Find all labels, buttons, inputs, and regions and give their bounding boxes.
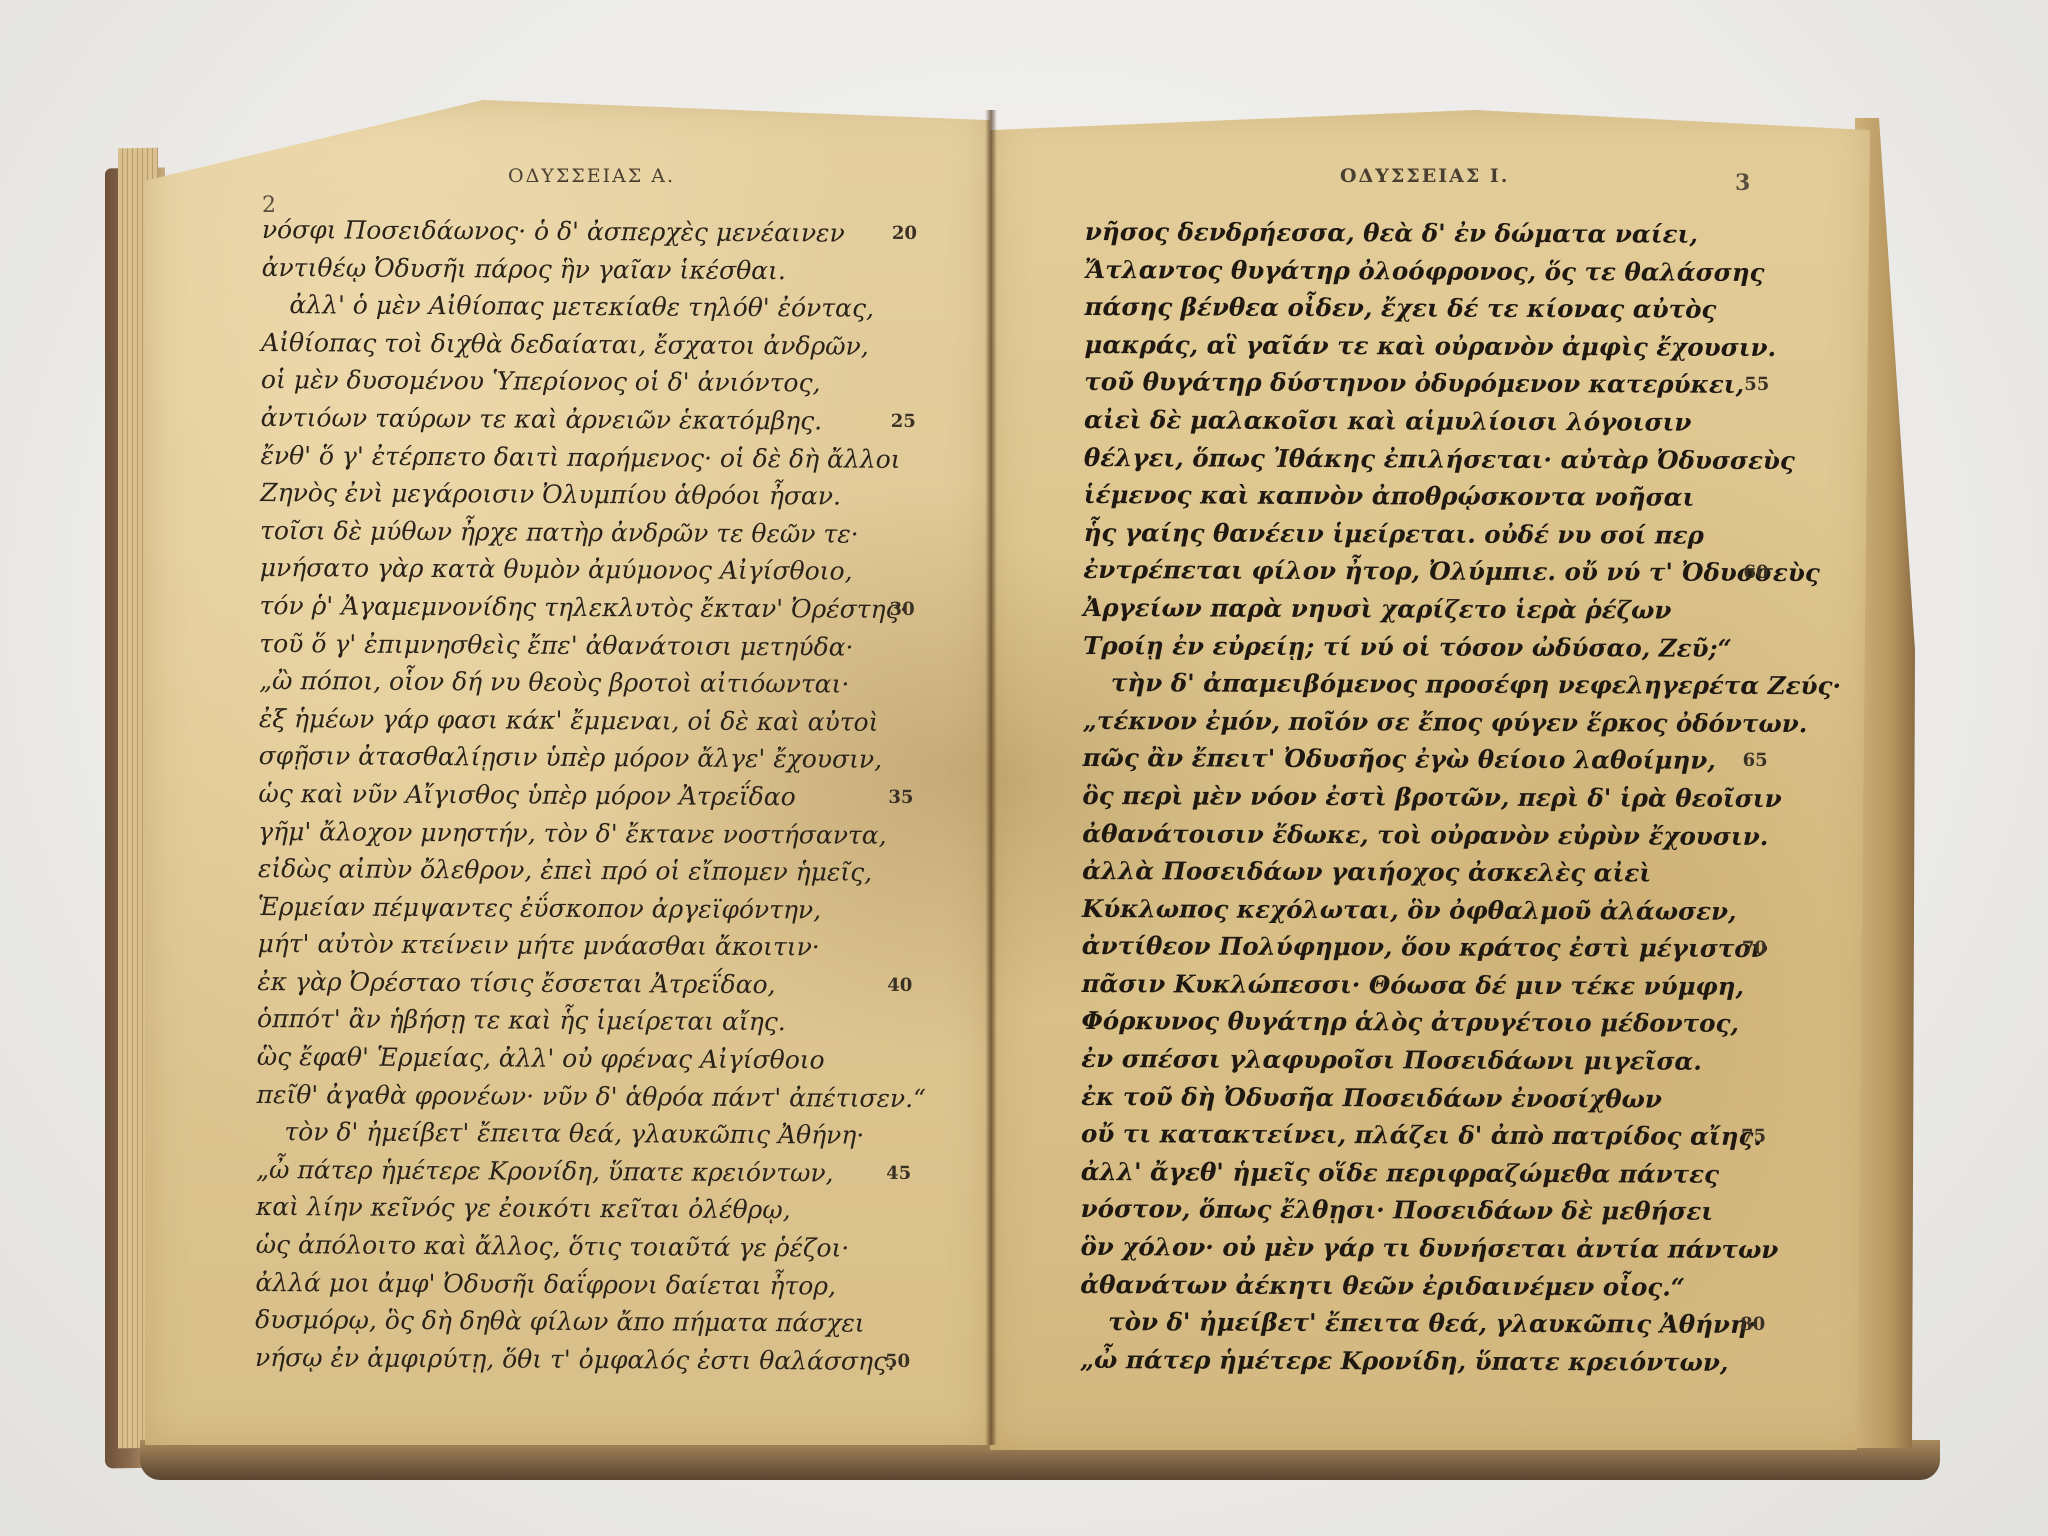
verse-line: ἔνθ' ὅ γ' ἐτέρπετο δαιτὶ παρήμενος· οἱ δ… (260, 437, 930, 479)
line-number: 30 (889, 591, 914, 629)
verse-line: ἀθανάτων ἀέκητι θεῶν ἐριδαινέμεν οἶος.“ (1080, 1266, 1838, 1307)
verse-line: τόν ῥ' Ἀγαμεμνονίδης τηλεκλυτὸς ἔκταν' Ὀ… (259, 587, 929, 629)
verse-text: ὣς ἔφαθ' Ἑρμείας, ἀλλ' οὐ φρένας Αἰγίσθο… (257, 1042, 825, 1074)
verse-line: ὡς ἀπόλοιτο καὶ ἄλλος, ὅτις τοιαῦτά γε ῥ… (256, 1226, 926, 1268)
verse-line: τοῖσι δὲ μύθων ἦρχε πατὴρ ἀνδρῶν τε θεῶν… (260, 512, 930, 554)
verse-text: τὸν δ' ἠμείβετ' ἔπειτα θεά, γλαυκῶπις Ἀθ… (1080, 1307, 1756, 1339)
verse-line: ἱέμενος καὶ καπνὸν ἀποθρῴσκοντα νοῆσαι (1084, 476, 1842, 517)
verse-line: αἰεὶ δὲ μαλακοῖσι καὶ αἱμυλίοισι λόγοισι… (1084, 401, 1842, 442)
verse-line: νόσφι Ποσειδάωνος· ὁ δ' ἀσπερχὲς μενέαιν… (262, 211, 932, 253)
verse-text: γῆμ' ἄλοχον μνηστήν, τὸν δ' ἔκτανε νοστή… (258, 816, 887, 849)
verse-line: ὃν χόλον· οὐ μὲν γάρ τι δυνήσεται ἀντία … (1080, 1228, 1838, 1269)
left-page-text: νόσφι Ποσειδάωνος· ὁ δ' ἀσπερχὲς μενέαιν… (255, 211, 931, 1380)
verse-line: μήτ' αὐτὸν κτείνειν μήτε μνάασθαι ἄκοιτι… (257, 925, 927, 967)
verse-line: Ἀργείων παρὰ νηυσὶ χαρίζετο ἱερὰ ῥέζων (1083, 589, 1841, 630)
verse-text: ἀλλ' ὁ μὲν Αἰθίοπας μετεκίαθε τηλόθ' ἐόν… (261, 290, 874, 323)
verse-line: Ἑρμείαν πέμψαντες ἐΰσκοπον ἀργεϊφόντην, (258, 888, 928, 930)
verse-text: ἀντιθέῳ Ὀδυσῆι πάρος ἣν γαῖαν ἱκέσθαι. (262, 253, 786, 285)
verse-text: ὡς καὶ νῦν Αἴγισθος ὑπὲρ μόρον Ἀτρεΐδαο (258, 779, 795, 811)
verse-line: „ὦ πάτερ ἡμέτερε Κρονίδη, ὕπατε κρειόντω… (256, 1151, 926, 1193)
verse-text: Ζηνὸς ἐνὶ μεγάροισιν Ὀλυμπίου ἁθρόοι ἦσα… (260, 478, 841, 511)
verse-text: νόσφι Ποσειδάωνος· ὁ δ' ἀσπερχὲς μενέαιν… (262, 215, 845, 248)
verse-text: δυσμόρῳ, ὃς δὴ δηθὰ φίλων ἄπο πήματα πάσ… (255, 1305, 865, 1338)
verse-line: Αἰθίοπας τοὶ διχθὰ δεδαίαται, ἔσχατοι ἀν… (261, 324, 931, 366)
verse-line: πᾶσιν Κυκλώπεσσι· Θόωσα δέ μιν τέκε νύμφ… (1082, 965, 1840, 1006)
verse-text: πάσης βένθεα οἶδεν, ἔχει δέ τε κίονας αὐ… (1085, 292, 1717, 324)
line-number: 45 (886, 1155, 911, 1193)
verse-line: ὣς ἔφαθ' Ἑρμείας, ἀλλ' οὐ φρένας Αἰγίσθο… (257, 1038, 927, 1080)
verse-line: ἀντίθεον Πολύφημον, ὅου κράτος ἐστὶ μέγι… (1082, 927, 1840, 968)
verse-line: πῶς ἂν ἔπειτ' Ὀδυσῆος ἐγὼ θείοιο λαθοίμη… (1083, 739, 1841, 780)
line-number: 60 (1743, 554, 1768, 592)
open-book: ΟΔΥΣΣΕΙΑΣ Α. 2 ΟΔΥΣΣΕΙΑΣ Ι. 3 νόσφι Ποσε… (0, 0, 2048, 1536)
verse-line: Τροίῃ ἐν εὐρείῃ; τί νύ οἱ τόσον ὠδύσαο, … (1083, 627, 1841, 668)
verse-text: ὡς ἀπόλοιτο καὶ ἄλλος, ὅτις τοιαῦτά γε ῥ… (256, 1230, 850, 1263)
verse-text: ἐντρέπεται φίλον ἦτορ, Ὀλύμπιε. οὔ νύ τ'… (1083, 555, 1819, 587)
verse-text: ἀθανάτοισιν ἔδωκε, τοὶ οὐρανὸν εὐρὺν ἔχο… (1082, 818, 1768, 850)
verse-line: ἐκ τοῦ δὴ Ὀδυσῆα Ποσειδάων ἐνοσίχθων (1081, 1078, 1839, 1119)
verse-text: Τροίῃ ἐν εὐρείῃ; τί νύ οἱ τόσον ὠδύσαο, … (1083, 631, 1732, 663)
verse-text: αἰεὶ δὲ μαλακοῖσι καὶ αἱμυλίοισι λόγοισι… (1084, 405, 1691, 437)
verse-text: ἀλλά μοι ἀμφ' Ὀδυσῆι δαΐφρονι δαίεται ἦτ… (255, 1268, 836, 1301)
verse-text: ἐκ τοῦ δὴ Ὀδυσῆα Ποσειδάων ἐνοσίχθων (1081, 1082, 1662, 1114)
line-number: 70 (1742, 930, 1767, 968)
verse-text: ἐν σπέσσι γλαφυροῖσι Ποσειδάωνι μιγεῖσα. (1081, 1044, 1702, 1076)
verse-text: ὁππότ' ἂν ἡβήσῃ τε καὶ ἧς ἱμείρεται αἴης… (257, 1004, 786, 1036)
verse-line: Ἄτλαντος θυγάτηρ ὀλοόφρονος, ὅς τε θαλάσ… (1085, 251, 1843, 292)
line-number: 35 (888, 779, 913, 817)
verse-text: νόστον, ὅπως ἔλθῃσι· Ποσειδάων δὲ μεθήσε… (1081, 1194, 1714, 1226)
verse-line: ἐν σπέσσι γλαφυροῖσι Ποσειδάωνι μιγεῖσα. (1081, 1040, 1839, 1081)
verse-line: ἧς γαίης θανέειν ἱμείρεται. οὐδέ νυ σοί … (1084, 514, 1842, 555)
line-number: 25 (891, 403, 916, 441)
verse-text: Ἀργείων παρὰ νηυσὶ χαρίζετο ἱερὰ ῥέζων (1083, 593, 1671, 625)
verse-text: πῶς ἂν ἔπειτ' Ὀδυσῆος ἐγὼ θείοιο λαθοίμη… (1083, 743, 1716, 775)
verse-text: Ἑρμείαν πέμψαντες ἐΰσκοπον ἀργεϊφόντην, (258, 892, 822, 924)
verse-text: Αἰθίοπας τοὶ διχθὰ δεδαίαται, ἔσχατοι ἀν… (261, 328, 869, 361)
verse-text: ἐξ ἡμέων γάρ φασι κάκ' ἔμμεναι, οἱ δὲ κα… (259, 704, 879, 737)
line-number: 65 (1743, 742, 1768, 780)
verse-line: νήσῳ ἐν ἀμφιρύτῃ, ὅθι τ' ὀμφαλός ἐστι θα… (255, 1339, 925, 1381)
line-number: 75 (1741, 1118, 1766, 1156)
verse-line: Φόρκυνος θυγάτηρ ἁλὸς ἀτρυγέτοιο μέδοντο… (1081, 1002, 1839, 1043)
verse-line: ἀλλὰ Ποσειδάων γαιήοχος ἀσκελὲς αἰεὶ (1082, 852, 1840, 893)
verse-line: Κύκλωπος κεχόλωται, ὃν ὀφθαλμοῦ ἀλάωσεν, (1082, 890, 1840, 931)
verse-line: ἀντιόων ταύρων τε καὶ ἀρνειῶν ἑκατόμβης.… (261, 399, 931, 441)
verse-line: θέλγει, ὅπως Ἰθάκης ἐπιλήσεται· αὐτὰρ Ὀδ… (1084, 439, 1842, 480)
verse-text: „ὦ πάτερ ἡμέτερε Κρονίδη, ὕπατε κρειόντω… (1080, 1345, 1729, 1377)
line-number: 20 (892, 215, 917, 253)
verse-line: Ζηνὸς ἐνὶ μεγάροισιν Ὀλυμπίου ἁθρόοι ἦσα… (260, 474, 930, 516)
line-number: 80 (1740, 1306, 1765, 1344)
verse-text: ἀθανάτων ἀέκητι θεῶν ἐριδαινέμεν οἶος.“ (1080, 1270, 1685, 1302)
verse-line: καὶ λίην κεῖνός γε ἐοικότι κεῖται ὀλέθρῳ… (256, 1188, 926, 1230)
verse-line: „ὦ πάτερ ἡμέτερε Κρονίδη, ὕπατε κρειόντω… (1080, 1341, 1838, 1382)
verse-line: νῆσος δενδρήεσσα, θεὰ δ' ἐν δώματα ναίει… (1085, 213, 1843, 254)
verse-text: σφῇσιν ἀτασθαλίῃσιν ὑπὲρ μόρον ἄλγε' ἔχο… (259, 741, 883, 774)
verse-line: ὡς καὶ νῦν Αἴγισθος ὑπὲρ μόρον Ἀτρεΐδαο3… (258, 775, 928, 817)
verse-text: οὔ τι κατακτείνει, πλάζει δ' ἀπὸ πατρίδο… (1081, 1119, 1762, 1151)
line-number: 55 (1744, 366, 1769, 404)
verse-text: μήτ' αὐτὸν κτείνειν μήτε μνάασθαι ἄκοιτι… (257, 929, 819, 961)
verse-text: „ὦ πάτερ ἡμέτερε Κρονίδη, ὕπατε κρειόντω… (256, 1155, 834, 1188)
verse-text: ἀντιόων ταύρων τε καὶ ἀρνειῶν ἑκατόμβης. (261, 403, 823, 435)
verse-text: εἰδὼς αἰπὺν ὄλεθρον, ἐπεὶ πρό οἱ εἴπομεν… (258, 854, 872, 887)
verse-text: μνήσατο γὰρ κατὰ θυμὸν ἀμύμονος Αἰγίσθοι… (260, 553, 853, 586)
verse-text: „τέκνον ἐμόν, ποῖόν σε ἔπος φύγεν ἕρκος … (1083, 706, 1808, 738)
verse-line: σφῇσιν ἀτασθαλίῃσιν ὑπὲρ μόρον ἄλγε' ἔχο… (259, 737, 929, 779)
verse-text: τοῖσι δὲ μύθων ἦρχε πατὴρ ἀνδρῶν τε θεῶν… (260, 516, 859, 549)
verse-text: πεῖθ' ἀγαθὰ φρονέων· νῦν δ' ἁθρόα πάντ' … (257, 1080, 926, 1113)
verse-text: τοῦ θυγάτηρ δύστηνον ὀδυρόμενον κατερύκε… (1084, 367, 1744, 399)
verse-text: ἔνθ' ὅ γ' ἐτέρπετο δαιτὶ παρήμενος· οἱ δ… (260, 441, 900, 474)
verse-text: ἱέμενος καὶ καπνὸν ἀποθρῴσκοντα νοῆσαι (1084, 480, 1695, 512)
verse-line: ὁππότ' ἂν ἡβήσῃ τε καὶ ἧς ἱμείρεται αἴης… (257, 1000, 927, 1042)
verse-text: Ἄτλαντος θυγάτηρ ὀλοόφρονος, ὅς τε θαλάσ… (1085, 255, 1765, 287)
verse-line: οἱ μὲν δυσομένου Ὑπερίονος οἱ δ' ἀνιόντο… (261, 361, 931, 403)
verse-text: τὸν δ' ἠμείβετ' ἔπειτα θεά, γλαυκῶπις Ἀθ… (256, 1117, 864, 1150)
verse-line: „ὢ πόποι, οἷον δή νυ θεοὺς βροτοὶ αἰτιόω… (259, 662, 929, 704)
verse-text: οἱ μὲν δυσομένου Ὑπερίονος οἱ δ' ἀνιόντο… (261, 365, 821, 397)
line-number: 50 (885, 1343, 910, 1381)
verse-line: „τέκνον ἐμόν, ποῖόν σε ἔπος φύγεν ἕρκος … (1083, 702, 1841, 743)
verse-line: ἀλλ' ἄγεθ' ἡμεῖς οἵδε περιφραζώμεθα πάντ… (1081, 1153, 1839, 1194)
right-page-number: 3 (1735, 170, 1750, 196)
verse-text: τοῦ ὅ γ' ἐπιμνησθεὶς ἔπε' ἀθανάτοισι μετ… (259, 629, 853, 662)
verse-text: ὃς περὶ μὲν νόον ἐστὶ βροτῶν, περὶ δ' ἱρ… (1082, 781, 1781, 813)
verse-line: πάσης βένθεα οἶδεν, ἔχει δέ τε κίονας αὐ… (1085, 288, 1843, 329)
verse-line: εἰδὼς αἰπὺν ὄλεθρον, ἐπεὶ πρό οἱ εἴπομεν… (258, 850, 928, 892)
verse-line: τὸν δ' ἠμείβετ' ἔπειτα θεά, γλαυκῶπις Ἀθ… (1080, 1303, 1838, 1344)
left-running-head: ΟΔΥΣΣΕΙΑΣ Α. (508, 165, 675, 187)
verse-line: μνήσατο γὰρ κατὰ θυμὸν ἀμύμονος Αἰγίσθοι… (260, 549, 930, 591)
verse-text: νῆσος δενδρήεσσα, θεὰ δ' ἐν δώματα ναίει… (1085, 217, 1698, 249)
verse-line: ἐντρέπεται φίλον ἦτορ, Ὀλύμπιε. οὔ νύ τ'… (1083, 551, 1841, 592)
verse-line: οὔ τι κατακτείνει, πλάζει δ' ἀπὸ πατρίδο… (1081, 1115, 1839, 1156)
verse-line: γῆμ' ἄλοχον μνηστήν, τὸν δ' ἔκτανε νοστή… (258, 812, 928, 854)
verse-text: Κύκλωπος κεχόλωται, ὃν ὀφθαλμοῦ ἀλάωσεν, (1082, 894, 1737, 926)
book-gutter (985, 110, 997, 1445)
verse-text: καὶ λίην κεῖνός γε ἐοικότι κεῖται ὀλέθρῳ… (256, 1192, 791, 1224)
verse-line: ἀθανάτοισιν ἔδωκε, τοὶ οὐρανὸν εὐρὺν ἔχο… (1082, 814, 1840, 855)
verse-text: ὃν χόλον· οὐ μὲν γάρ τι δυνήσεται ἀντία … (1080, 1232, 1778, 1264)
verse-text: μακράς, αἳ γαῖάν τε καὶ οὐρανὸν ἀμφὶς ἔχ… (1084, 330, 1776, 362)
verse-line: ὃς περὶ μὲν νόον ἐστὶ βροτῶν, περὶ δ' ἱρ… (1082, 777, 1840, 818)
verse-text: ἐκ γὰρ Ὀρέσταο τίσις ἔσσεται Ἀτρεΐδαο, (257, 967, 775, 999)
verse-line: ἐκ γὰρ Ὀρέσταο τίσις ἔσσεται Ἀτρεΐδαο,40 (257, 963, 927, 1005)
verse-text: ἀλλὰ Ποσειδάων γαιήοχος ἀσκελὲς αἰεὶ (1082, 856, 1651, 887)
verse-text: τόν ῥ' Ἀγαμεμνονίδης τηλεκλυτὸς ἔκταν' Ὀ… (260, 591, 908, 624)
verse-line: ἐξ ἡμέων γάρ φασι κάκ' ἔμμεναι, οἱ δὲ κα… (259, 700, 929, 742)
verse-text: ἀντίθεον Πολύφημον, ὅου κράτος ἐστὶ μέγι… (1082, 931, 1768, 963)
verse-line: ἀλλ' ὁ μὲν Αἰθίοπας μετεκίαθε τηλόθ' ἐόν… (261, 286, 931, 328)
verse-line: τὸν δ' ἠμείβετ' ἔπειτα θεά, γλαυκῶπις Ἀθ… (256, 1113, 926, 1155)
verse-line: τοῦ θυγάτηρ δύστηνον ὀδυρόμενον κατερύκε… (1084, 363, 1842, 404)
verse-text: ἀλλ' ἄγεθ' ἡμεῖς οἵδε περιφραζώμεθα πάντ… (1081, 1157, 1719, 1189)
verse-line: νόστον, ὅπως ἔλθῃσι· Ποσειδάων δὲ μεθήσε… (1081, 1190, 1839, 1231)
verse-text: ἧς γαίης θανέειν ἱμείρεται. οὐδέ νυ σοί … (1084, 518, 1704, 550)
verse-line: ἀντιθέῳ Ὀδυσῆι πάρος ἣν γαῖαν ἱκέσθαι. (262, 249, 932, 291)
verse-text: τὴν δ' ἀπαμειβόμενος προσέφη νεφεληγερέτ… (1083, 668, 1841, 700)
verse-line: μακράς, αἳ γαῖάν τε καὶ οὐρανὸν ἀμφὶς ἔχ… (1084, 326, 1842, 367)
verse-line: ἀλλά μοι ἀμφ' Ὀδυσῆι δαΐφρονι δαίεται ἦτ… (255, 1264, 925, 1306)
verse-line: δυσμόρῳ, ὃς δὴ δηθὰ φίλων ἄπο πήματα πάσ… (255, 1301, 925, 1343)
verse-line: τὴν δ' ἀπαμειβόμενος προσέφη νεφεληγερέτ… (1083, 664, 1841, 705)
line-number: 40 (887, 967, 912, 1005)
verse-text: πᾶσιν Κυκλώπεσσι· Θόωσα δέ μιν τέκε νύμφ… (1082, 969, 1745, 1001)
verse-text: Φόρκυνος θυγάτηρ ἁλὸς ἀτρυγέτοιο μέδοντο… (1081, 1006, 1739, 1038)
verse-line: τοῦ ὅ γ' ἐπιμνησθεὶς ἔπε' ἀθανάτοισι μετ… (259, 625, 929, 667)
verse-text: „ὢ πόποι, οἷον δή νυ θεοὺς βροτοὶ αἰτιόω… (259, 666, 849, 699)
verse-text: θέλγει, ὅπως Ἰθάκης ἐπιλήσεται· αὐτὰρ Ὀδ… (1084, 443, 1795, 475)
right-running-head: ΟΔΥΣΣΕΙΑΣ Ι. (1340, 165, 1509, 187)
right-page-text: νῆσος δενδρήεσσα, θεὰ δ' ἐν δώματα ναίει… (1080, 213, 1843, 1382)
verse-text: νήσῳ ἐν ἀμφιρύτῃ, ὅθι τ' ὀμφαλός ἐστι θα… (255, 1343, 895, 1376)
verse-line: πεῖθ' ἀγαθὰ φρονέων· νῦν δ' ἁθρόα πάντ' … (256, 1076, 926, 1118)
